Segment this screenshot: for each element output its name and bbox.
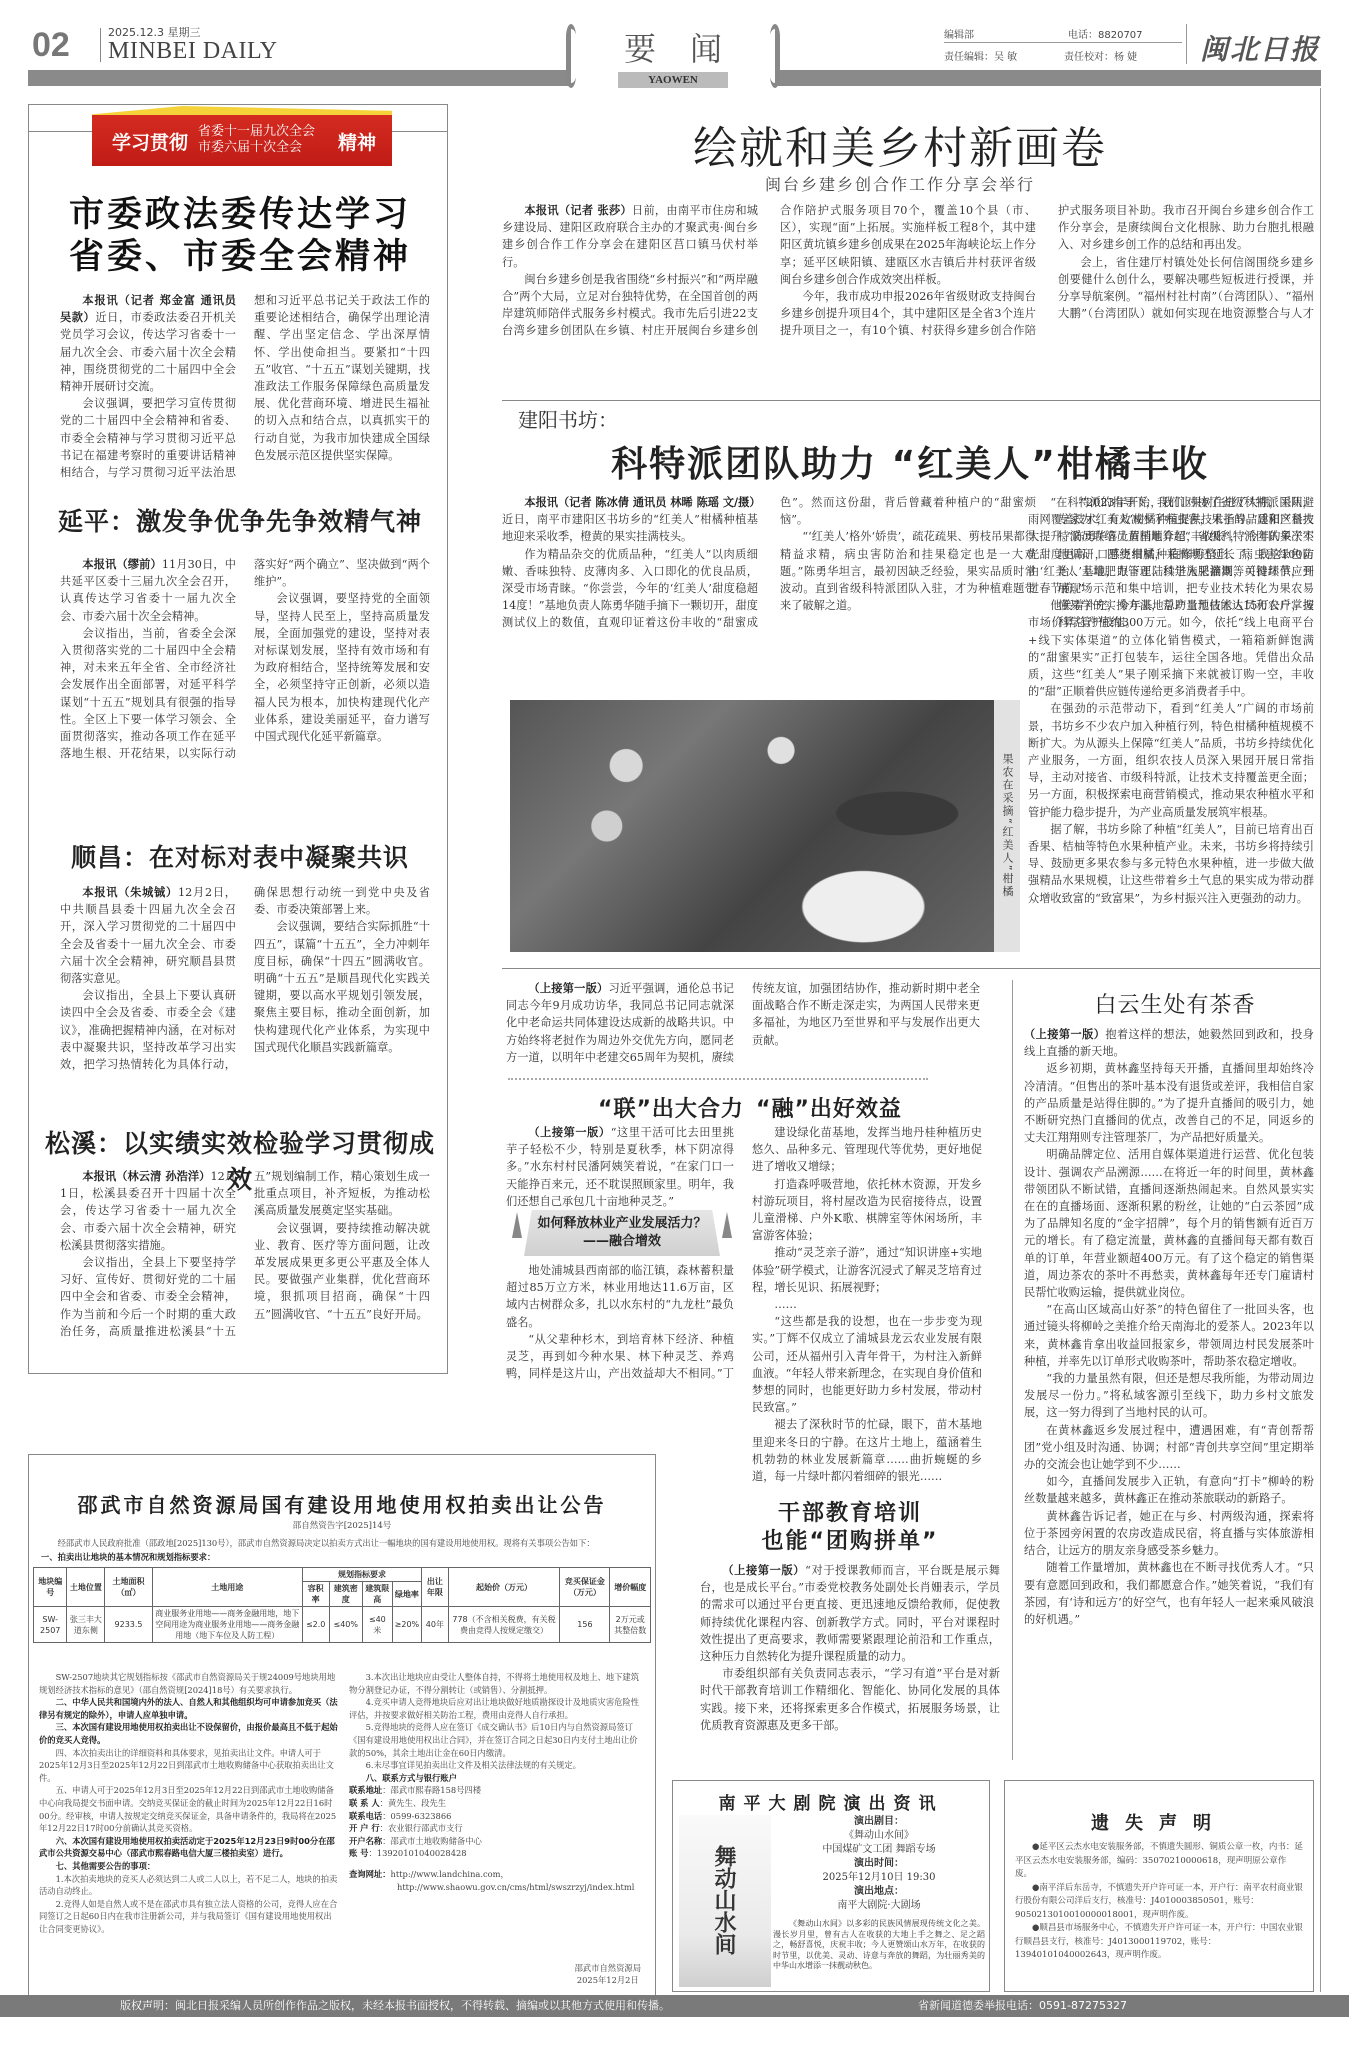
- cell-area: 9233.5: [105, 1607, 153, 1643]
- paragraph: “在科特派的指导下，我们让果树住进了大棚，采用避雨网覆盖技术，有效减少了病虫害，…: [1028, 494, 1314, 597]
- notice-left-column: SW-2507地块其它规划指标按《邵武市自然资源局关于规24009号地块用地规划…: [39, 1671, 339, 1991]
- logo-divider: [1186, 24, 1187, 64]
- paragraph: 黄林鑫告诉记者，她正在与乡、村两级沟通，探索将位于茶园旁闲置的农房改造成民宿，将…: [1024, 1508, 1314, 1560]
- notice-intro: 经邵武市人民政府批准（邵政地[2025]130号），邵武市自然资源局决定以拍卖方…: [41, 1537, 643, 1550]
- ethics-hotline: 省新闻道德委举报电话：0591-87275327: [918, 1995, 1127, 2017]
- article-headline-left: “联”出大合力: [598, 1092, 744, 1123]
- cell-green: ≥20%: [392, 1607, 421, 1643]
- th-start-price: 起始价（万元）: [448, 1568, 560, 1607]
- section-title: 要闻: [566, 24, 780, 70]
- cell-far: ≤2.0: [302, 1607, 329, 1643]
- issuer: 邵武市自然资源局: [575, 1962, 641, 1975]
- banner-mid-line2: 市委六届十次全会: [198, 140, 302, 155]
- notice-right-column: 3.本次出让地块应由受让人整体自持，不得将土地使用权及地上、地下建筑物分割登记办…: [349, 1671, 645, 1991]
- article-body: （上接第一版）抱着这样的想法，她毅然回到政和，投身线上直播的新天地。 返乡初期，…: [1024, 1026, 1314, 1746]
- paragraph: 明确品牌定位、活用自媒体渠道进行运营、优化包装设计、强调农产品溯源……在将近一年…: [1024, 1146, 1314, 1301]
- column-divider: [1012, 980, 1013, 1760]
- poster-title: 舞动山水间: [709, 1845, 740, 1955]
- continued-label: （上接第一版）: [528, 1126, 610, 1139]
- value-program: 《舞动山水间》: [773, 1829, 985, 1843]
- article-body-continued: 建设绿化苗基地，发挥当地丹桂种植历史悠久、品种多元、管理现代等优势，更好地促进了…: [752, 1124, 982, 1494]
- copyright-notice: 版权声明：闽北日报采编人员所创作作品之版权，未经本报书面授权，不得转载、摘编或以…: [120, 1995, 670, 2017]
- notice-paragraph: 6.未尽事宜详见拍卖出让文件及相关法律法规的有关规定。: [349, 1759, 645, 1772]
- byline: 本报讯（缪前）: [82, 558, 162, 571]
- section-divider: [502, 968, 1320, 969]
- th-green: 绿地率: [392, 1582, 421, 1607]
- paragraph: 地处浦城县西南部的临江镇，森林蓄积量超过85万立方米，林业用地达11.6万亩，区…: [506, 1262, 734, 1331]
- cell-land-use: 商业服务业用地——商务金融用地，地下空间用途为商业服务业用地——商务金融用地（地…: [152, 1607, 302, 1643]
- lost-item: ●南平洋后东岳寺，不慎遗失开户许可证一本，开户行：南平农村商业银行股份有限公司洋…: [1015, 1882, 1303, 1923]
- paragraph: 市委组织部有关负责同志表示，“学习有道”平台是对新时代干部教育培训工作精细化、智…: [700, 1665, 1000, 1734]
- article-body-continued: “在科特派的指导下，我们让果树住进了大棚，采用避雨网覆盖技术，有效减少了病虫害，…: [1028, 494, 1314, 954]
- page-footer: 版权声明：闽北日报采编人员所创作作品之版权，未经本报书面授权，不得转载、摘编或以…: [0, 1995, 1349, 2017]
- paragraph: 推动“灵芝亲子游”，通过“知识讲座+实地体验”研学模式，让游客沉浸式了解灵芝培育…: [752, 1244, 982, 1296]
- paragraph: “这些都是我的设想，也在一步步变为现实。”丁辉不仅成立了浦城县龙云农业发展有限公…: [752, 1313, 982, 1416]
- banner-rule-right: [392, 131, 448, 132]
- paragraph: 打造森呼吸营地，依托林木资源，开发乡村游玩项目，将村屋改造为民宿接待点，设置儿童…: [752, 1176, 982, 1245]
- responsible-editor: 责任编辑：吴 敏: [944, 48, 1017, 63]
- th-density: 建筑密度: [329, 1582, 362, 1607]
- paragraph: 会议强调，要持续推动解决就业、教育、医疗等方面问题，让改革发展成果更多更公平惠及…: [254, 1220, 430, 1323]
- land-auction-notice: 邵武市自然资源局国有建设用地使用权拍卖出让公告 邵自然资告字[2025]14号 …: [28, 1454, 656, 2000]
- article-headline: 市委政法委传达学习 省委、市委全会精神: [40, 194, 440, 278]
- notice-paragraph: 二、中华人民共和国境内外的法人、自然人和其他组织均可申请参加竞买（法律另有规定的…: [39, 1696, 339, 1721]
- article-body: （上接第一版）习近平强调，通伦总书记同志今年9月成功访华，我同总书记同志就深化中…: [506, 980, 980, 1076]
- paragraph: 返乡初期，黄林鑫坚持每天开播，直播间里却始终冷冷清清。“但售出的茶叶基本没有退货…: [1024, 1060, 1314, 1146]
- newspaper-logo: 闽北日报: [1200, 28, 1320, 68]
- th-increment: 增价幅度: [610, 1568, 651, 1607]
- label-time: 演出时间：: [773, 1857, 985, 1871]
- notice-paragraph: 七、其他需要公告的事项：: [39, 1860, 339, 1873]
- paragraph: “我的力量虽然有限，但还是想尽我所能，为带动周边发展尽一份力。”将私域客源引至线…: [1024, 1370, 1314, 1422]
- lost-notice-list: ●延平区云杰水电安装服务部，不慎遗失圆形、铜质公章一枚，内书：延平区云杰水电安装…: [1015, 1841, 1303, 1963]
- headline-line2: 也能“团购拼单”: [700, 1528, 1000, 1556]
- paragraph: ……: [752, 1296, 982, 1313]
- contact-value: 13920101040028428: [377, 1848, 467, 1858]
- paragraph: “在高山区域高山好茶”的特色留住了一批回头客，也通过镜头将柳岭之美推介给天南海北…: [1024, 1301, 1314, 1370]
- performance-details: 演出剧目： 《舞动山水间》 中国煤矿文工团 舞蹈专场 演出时间： 2025年12…: [773, 1815, 985, 1972]
- query-label: 查询网址：: [349, 1869, 391, 1879]
- paragraph: 在强劲的示范带动下，看到“红美人”广阔的市场前景，书坊乡不少农户加入种植行列，特…: [1028, 700, 1314, 820]
- paragraph: 随着工作量增加，黄林鑫也在不断寻找优秀人才。“只要有意愿回到政和，我们都愿意合作…: [1024, 1559, 1314, 1628]
- header-band-left: [28, 70, 568, 86]
- paragraph: 近日，南平市建阳区书坊乡的“红美人”柑橘种植基地迎来采收季，橙黄的果实挂满枝头。: [502, 513, 758, 543]
- contact-label: 账 号: [349, 1848, 368, 1858]
- paragraph: “从父辈种杉木，到培育林下经济、种植灵芝，再到如今种水果、林下种灵芝、养鸡鸭，同…: [506, 1331, 734, 1382]
- article-headline: 白云生处有茶香: [1040, 988, 1310, 1019]
- cell-deposit: 156: [560, 1607, 610, 1643]
- theater-info-box: 南平大剧院演出资讯 舞动山水间 演出剧目： 《舞动山水间》 中国煤矿文工团 舞蹈…: [672, 1780, 990, 1992]
- page-number: 02: [32, 26, 70, 65]
- notice-title: 邵武市自然资源局国有建设用地使用权拍卖出让公告: [29, 1489, 655, 1518]
- article-body: （上接第一版）“对于授课教师而言，平台既是展示舞台，也是成长平台。”市委党校教务…: [700, 1562, 1000, 1756]
- notice-paragraph: 四、本次拍卖出让的详细资料和具体要求，见拍卖出让文件。申请人可于2025年12月…: [39, 1747, 339, 1785]
- notice-paragraph: 1.本次拍卖地块的竞买人必须达到二人或二人以上，若不足二人，地块的拍卖活动自动终…: [39, 1873, 339, 1898]
- editorial-dept: 编辑部: [944, 26, 974, 41]
- contact-list: 联系地址：邵武市熙春路158号四楼 联 系 人：黄先生、段先生 联系电话：059…: [349, 1784, 645, 1860]
- lost-item: ●延平区云杰水电安装服务部，不慎遗失圆形、铜质公章一枚，内书：延平区云杰水电安装…: [1015, 1841, 1303, 1882]
- article-body: 本报讯（林云清 孙浩洋）12月1日，松溪县委召开十四届十次全会，传达学习省委十一…: [60, 1168, 430, 1360]
- section-header: 要闻 YAOWEN: [566, 24, 780, 88]
- cell-term: 40年: [422, 1607, 448, 1643]
- query-link-1[interactable]: http://www.landchina.com，: [391, 1869, 509, 1879]
- th-term: 出让年限: [422, 1568, 448, 1607]
- paragraph: “对于授课教师而言，平台既是展示舞台，也是成长平台。”市委党校教务处副处长肖姗表…: [700, 1564, 1000, 1663]
- contact-value: 0599-6323866: [391, 1811, 452, 1821]
- study-banner: 学习贯彻 省委十一届九次全会市委六届十次全会 精神: [92, 106, 392, 166]
- paragraph: 会议强调，要结合实际抓胜“十四五”，谋篇“十五五”，全力冲刺年度目标，确保“十四…: [254, 918, 430, 1056]
- cell-increment: 2万元或其整倍数: [610, 1607, 651, 1643]
- notice-paragraph: 5.竞得地块的竞得人应在签订《成交确认书》后10日内与自然资源局签订《国有建设用…: [349, 1721, 645, 1759]
- paragraph: 会议强调，要坚持党的全面领导，坚持人民至上，坚持高质量发展，全面加强党的建设，坚…: [254, 590, 430, 745]
- article-body: 本报讯（朱城铖）12月2日，中共顺昌县委十四届九次全会召开，深入学习贯彻党的二十…: [60, 884, 430, 1132]
- contact-label: 联系地址: [349, 1785, 382, 1795]
- contact-label: 联系电话: [349, 1811, 382, 1821]
- paragraph: “‘红美人’格外‘娇贵’，疏花疏果、剪枝吊果都得精益求精，病虫害防治和挂果稳定也…: [780, 528, 1036, 614]
- header-divider: [100, 28, 101, 62]
- paragraph: 他笑着补充，今年基地总产量预估能达15万公斤，按市场价算总产值约300万元。如今…: [1028, 597, 1314, 700]
- continued-label: （上接第一版）: [722, 1564, 805, 1577]
- notice-paragraph: 五、申请人可于2025年12月3日至2025年12月22日到邵武市土地收购储备中…: [39, 1784, 339, 1834]
- contact-value: 邵武市熙春路158号四楼: [391, 1785, 482, 1795]
- notice-paragraph: 三、本次国有建设用地使用权拍卖出让不设保留价，由报价最高且不低于起始价的竞买人竞…: [39, 1721, 339, 1746]
- banner-rule-left: [28, 131, 92, 132]
- th-far: 容积率: [302, 1582, 329, 1607]
- info-divider: [944, 42, 1182, 43]
- paragraph: 建设绿化苗基地，发挥当地丹桂种植历史悠久、品种多元、管理现代等优势，更好地促进了…: [752, 1124, 982, 1176]
- paragraph: 12月2日，中共顺昌县委十四届九次全会召开，深入学习贯彻党的二十届四中全会及省委…: [60, 886, 236, 985]
- article-headline: 绘就和美乡村新画卷: [600, 112, 1200, 176]
- cell-plot-id: SW-2507: [34, 1607, 67, 1643]
- dotted-divider: [508, 1078, 928, 1080]
- paragraph: 褪去了深秋时节的忙碌，眼下，苗木基地里迎来冬日的宁静。在这片土地上，蕴涵着生机勃…: [752, 1416, 982, 1485]
- notice-doc-number: 邵自然资告字[2025]14号: [29, 1519, 655, 1531]
- lost-item: ●顺昌县市场服务中心，不慎遗失开户许可证一本，开户行：中国农业银行顺昌县支行，核…: [1015, 1922, 1303, 1963]
- th-planning: 规划指标要求: [302, 1568, 421, 1582]
- notice-paragraph: SW-2507地块其它规划指标按《邵武市自然资源局关于规24009号地块用地规划…: [39, 1671, 339, 1696]
- performance-description: 《舞动山水间》以多彩的民族风情展现传统文化之美。漫长岁月里，曾有古人在收获的大地…: [773, 1919, 985, 1972]
- byline: 本报讯（记者 张莎）: [524, 204, 632, 217]
- land-table-wrap: 地块编号 土地位置 土地面积（㎡） 土地用途 规划指标要求 出让年限 起始价（万…: [33, 1567, 651, 1643]
- query-link-2[interactable]: http://www.shaowu.gov.cn/cms/html/swszrz…: [349, 1881, 645, 1894]
- th-deposit: 竞买保证金（万元）: [560, 1568, 610, 1607]
- header-band-right: [778, 70, 1321, 86]
- photo-caption: 果农在采摘“红美人”柑橘: [994, 700, 1020, 952]
- issue-date: 2025年12月2日: [575, 1974, 641, 1987]
- contact-label: 联 系 人: [349, 1798, 380, 1808]
- article-headline: 顺昌：在对标对表中凝聚共识: [40, 838, 440, 874]
- th-location: 土地位置: [67, 1568, 105, 1607]
- label-venue: 演出地点：: [773, 1885, 985, 1899]
- section-title-en: YAOWEN: [618, 72, 728, 88]
- article-kicker: 建阳书坊：: [518, 404, 618, 433]
- contact-value: 农业银行邵武市支行: [388, 1823, 463, 1833]
- theater-title: 南平大剧院演出资讯: [673, 1789, 989, 1814]
- th-land-use: 土地用途: [152, 1568, 302, 1607]
- notice-paragraph: 六、本次国有建设用地使用权拍卖活动定于2025年12月23日9时00分在邵武市公…: [39, 1835, 339, 1860]
- article-subtitle: 闽台乡建乡创合作工作分享会举行: [600, 172, 1200, 195]
- quote-triangle-left: [512, 1212, 522, 1238]
- value-time: 2025年12月10日 19:30: [773, 1871, 985, 1885]
- paragraph: 在黄林鑫返乡发展过程中，遭遇困难，有“青创帮帮团”党小组及时沟通、协调；村部“青…: [1024, 1422, 1314, 1474]
- th-height: 建筑限高: [362, 1582, 392, 1607]
- banner-mid-line1: 省委十一届九次全会: [198, 124, 315, 139]
- performance-poster: 舞动山水间: [679, 1815, 771, 1987]
- right-border: [1320, 88, 1321, 1992]
- paragraph: 如今，直播间发展步入正轨，有意向“打卡”柳岭的粉丝数量越来越多，黄林鑫正在推动茶…: [1024, 1473, 1314, 1507]
- th-plot-id: 地块编号: [34, 1568, 67, 1607]
- banner-right-text: 精神: [338, 128, 376, 155]
- subheading-answer: ——融合增效: [524, 1233, 720, 1251]
- lost-notice-title: 遗失声明: [1005, 1809, 1313, 1835]
- article-headline-right: “融”出好效益: [756, 1092, 902, 1123]
- headline-line2: 省委、市委全会精神: [40, 236, 440, 278]
- value-venue: 南平大剧院·大剧场: [773, 1899, 985, 1913]
- contact-label: 开 户 行: [349, 1823, 380, 1833]
- land-table: 地块编号 土地位置 土地面积（㎡） 土地用途 规划指标要求 出让年限 起始价（万…: [33, 1567, 651, 1643]
- quote-triangle-right: [722, 1212, 732, 1238]
- article-body: 本报讯（记者 郑金富 通讯员 吴款）近日，市委政法委召开机关党员学习会议，传达学…: [60, 292, 430, 482]
- headline-line1: 市委政法委传达学习: [40, 194, 440, 236]
- paragraph: 据了解，书坊乡除了种植“红美人”，目前已培育出百香果、桔柚等特色水果种植产业。未…: [1028, 821, 1314, 907]
- notice-paragraph: 3.本次出让地块应由受让人整体自持，不得将土地使用权及地上、地下建筑物分割登记办…: [349, 1671, 645, 1696]
- cell-density: ≤40%: [329, 1607, 362, 1643]
- editorial-phone: 电话：8820707: [1068, 26, 1143, 41]
- lost-notice-box: 遗失声明 ●延平区云杰水电安装服务部，不慎遗失圆形、铜质公章一枚，内书：延平区云…: [1004, 1780, 1314, 1992]
- subheading-box: 如何释放林业产业发展活力？ ——融合增效: [524, 1210, 720, 1256]
- cell-start-price: 778（不含相关税费，有关税费由竞得人按规定缴交）: [448, 1607, 560, 1643]
- article-body: 本报讯（记者 张莎）日前，由南平市住房和城乡建设局、建阳区政府联合主办的才聚武夷…: [502, 202, 1314, 342]
- continued-label: （上接第一版）: [1024, 1028, 1105, 1041]
- responsible-proofreader: 责任校对：杨 婕: [1064, 48, 1137, 63]
- contact-value: 邵武市土地收购储备中心: [391, 1836, 482, 1846]
- orange-harvest-photo: [510, 700, 994, 952]
- value-troupe: 中国煤矿文工团 舞蹈专场: [773, 1843, 985, 1857]
- byline: 本报讯（林云清 孙浩洋）: [82, 1170, 210, 1183]
- article-headline: 干部教育培训 也能“团购拼单”: [700, 1500, 1000, 1556]
- notice-paragraph: 2.竞得人如是自然人或不是在邵武市具有独立法人资格的公司，竞得人应在合同签订之日…: [39, 1898, 339, 1936]
- byline: 本报讯（记者 陈冰倩 通讯员 林晞 陈瑶 文/摄）: [524, 496, 760, 509]
- article-body: 本报讯（缪前）11月30日，中共延平区委十三届九次全会召开，认真传达学习省委十一…: [60, 556, 430, 822]
- contact-label: 开户名称: [349, 1836, 382, 1846]
- notice-section-1: 一、拍卖出让地块的基本情况和规划指标要求：: [41, 1551, 215, 1564]
- subheading-question: 如何释放林业产业发展活力？: [524, 1215, 720, 1233]
- article-headline: 科特派团队助力 “红美人”柑橘丰收: [560, 436, 1260, 487]
- banner-mid-text: 省委十一届九次全会市委六届十次全会: [198, 124, 315, 156]
- headline-line1: 干部教育培训: [700, 1500, 1000, 1528]
- contact-value: 黄先生、段先生: [388, 1798, 446, 1808]
- article-headline: 延平：激发争优争先争效精气神: [40, 502, 440, 538]
- article-body: （上接第一版）“这里干活可比去田里挑芋子轻松不少，特别是夏秋季，林下阴凉得多。”…: [506, 1124, 734, 1212]
- notice-signature: 邵武市自然资源局 2025年12月2日: [575, 1962, 641, 1987]
- section-divider: [502, 400, 1320, 401]
- continued-label: （上接第一版）: [528, 982, 608, 995]
- table-row: SW-2507 张三丰大道东侧 9233.5 商业服务业用地——商务金融用地，地…: [34, 1607, 651, 1643]
- cell-location: 张三丰大道东侧: [67, 1607, 105, 1643]
- th-area: 土地面积（㎡）: [105, 1568, 153, 1607]
- label-program: 演出剧目：: [773, 1815, 985, 1829]
- article-body: 地处浦城县西南部的临江镇，森林蓄积量超过85万立方米，林业用地达11.6万亩，区…: [506, 1262, 734, 1382]
- notice-paragraph: 八、联系方式与银行账户: [349, 1772, 645, 1785]
- cell-height: ≤40米: [362, 1607, 392, 1643]
- paper-name-en: MINBEI DAILY: [108, 38, 278, 65]
- banner-left-text: 学习贯彻: [112, 128, 188, 155]
- notice-paragraph: 4.竞买申请人竞得地块后应对出让地块做好地质勘探设计及地质灾害危险性评估，并按要…: [349, 1696, 645, 1721]
- byline: 本报讯（朱城铖）: [82, 886, 178, 899]
